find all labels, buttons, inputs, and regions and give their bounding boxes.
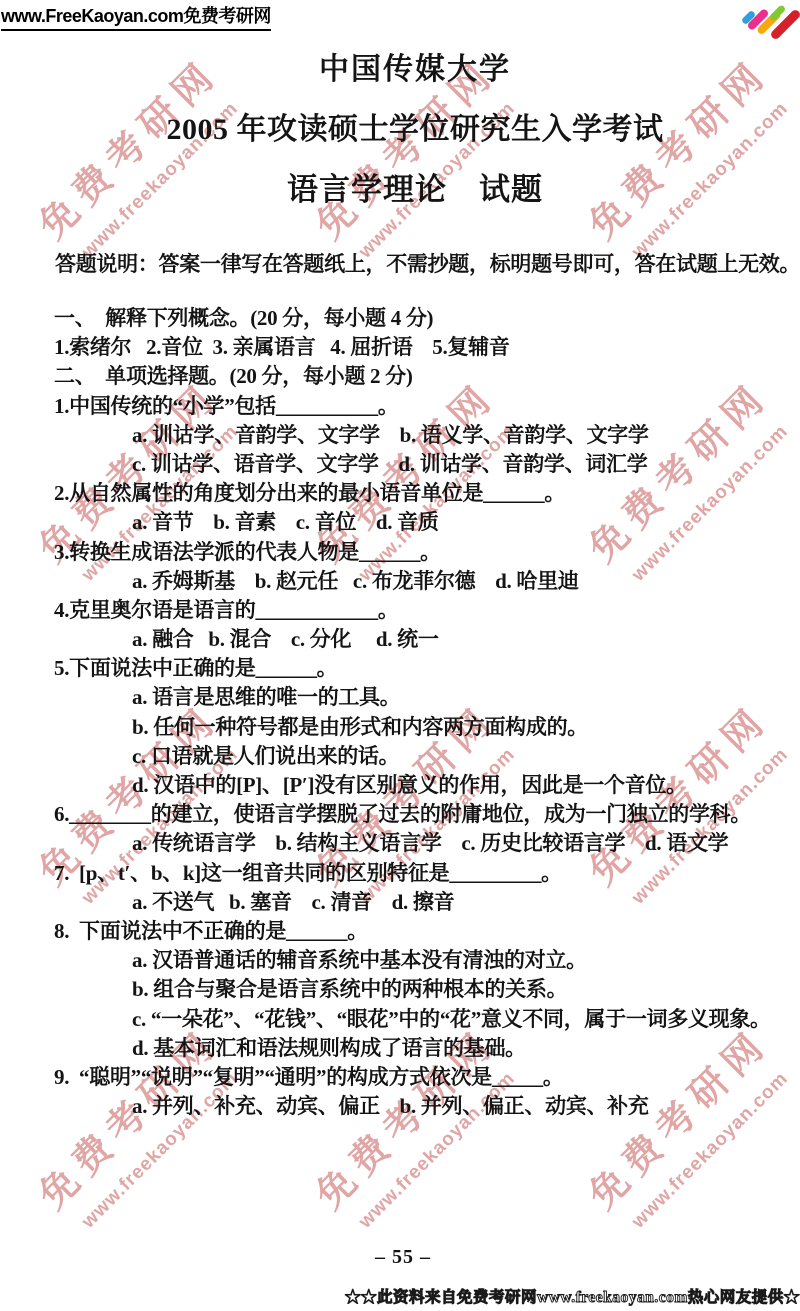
option-line: c. 训诂学、语音学、文字学 d. 训诂学、音韵学、词汇学	[0, 450, 800, 479]
question-line: 7. [p、t′、b、k]这一组音共同的区别特征是_________。	[0, 859, 800, 888]
section-heading: 二、 单项选择题。(20 分，每小题 2 分)	[0, 362, 800, 391]
option-line: b. 组合与聚合是语言系统中的两种根本的关系。	[0, 975, 800, 1004]
option-line: d. 基本词汇和语法规则构成了语言的基础。	[0, 1034, 800, 1063]
question-lines: 一、 解释下列概念。(20 分，每小题 4 分) 1.索绪尔 2.音位 3. 亲…	[0, 304, 800, 1121]
exam-document: 中国传媒大学 2005 年攻读硕士学位研究生入学考试 语言学理论 试题 答题说明…	[0, 0, 800, 1311]
option-line: a. 乔姆斯基 b. 赵元任 c. 布龙菲尔德 d. 哈里迪	[0, 567, 800, 596]
question-line: 1.中国传统的“小学”包括__________。	[0, 392, 800, 421]
site-name: www.FreeKaoyan.com免费考研网	[1, 2, 271, 31]
question-line: 9. “聪明”“说明”“复明”“通明”的构成方式依次是_____。	[0, 1063, 800, 1092]
scanned-exam-page: { "header": { "site_name": "www.FreeKaoy…	[0, 0, 800, 1311]
text-line: 1.索绪尔 2.音位 3. 亲属语言 4. 屈折语 5.复辅音	[0, 333, 800, 362]
question-line: 3.转换生成语法学派的代表人物是______。	[0, 538, 800, 567]
page-number: – 55 –	[0, 1246, 800, 1269]
option-line: d. 汉语中的[P]、[P′]没有区别意义的作用，因此是一个音位。	[0, 771, 800, 800]
freekaoyan-logo-icon	[743, 2, 797, 46]
question-line: 4.克里奥尔语是语言的____________。	[0, 596, 800, 625]
option-line: a. 并列、补充、动宾、偏正 b. 并列、偏正、动宾、补充	[0, 1092, 800, 1121]
option-line: a. 融合 b. 混合 c. 分化 d. 统一	[0, 625, 800, 654]
option-line: a. 汉语普通话的辅音系统中基本没有清浊的对立。	[0, 946, 800, 975]
subject-title: 语言学理论 试题	[0, 164, 800, 209]
option-line: a. 不送气 b. 塞音 c. 清音 d. 擦音	[0, 888, 800, 917]
university-title: 中国传媒大学	[0, 44, 800, 88]
footer-credit: ★★此资料来自免费考研网www.freekaoyan.com热心网友提供★★	[345, 1285, 800, 1307]
site-header: www.FreeKaoyan.com免费考研网	[0, 0, 800, 32]
option-line: a. 音节 b. 音素 c. 音位 d. 音质	[0, 508, 800, 537]
option-line: a. 传统语言学 b. 结构主义语言学 c. 历史比较语言学 d. 语文学	[0, 829, 800, 858]
question-line: 8. 下面说法中不正确的是______。	[0, 917, 800, 946]
answer-instructions: 答题说明：答案一律写在答题纸上，不需抄题，标明题号即可，答在试题上无效。	[55, 248, 795, 278]
exam-session-title: 2005 年攻读硕士学位研究生入学考试	[0, 104, 800, 148]
option-line: a. 训诂学、音韵学、文字学 b. 语义学、音韵学、文字学	[0, 421, 800, 450]
option-line: a. 语言是思维的唯一的工具。	[0, 683, 800, 712]
option-line: b. 任何一种符号都是由形式和内容两方面构成的。	[0, 713, 800, 742]
section-heading: 一、 解释下列概念。(20 分，每小题 4 分)	[0, 304, 800, 333]
option-line: c. 口语就是人们说出来的话。	[0, 742, 800, 771]
question-line: 2.从自然属性的角度划分出来的最小语音单位是______。	[0, 479, 800, 508]
question-line: 6.________的建立，使语言学摆脱了过去的附庸地位，成为一门独立的学科。	[0, 800, 800, 829]
option-line: c. “一朵花”、“花钱”、“眼花”中的“花”意义不同，属于一词多义现象。	[0, 1005, 800, 1034]
question-line: 5.下面说法中正确的是______。	[0, 654, 800, 683]
